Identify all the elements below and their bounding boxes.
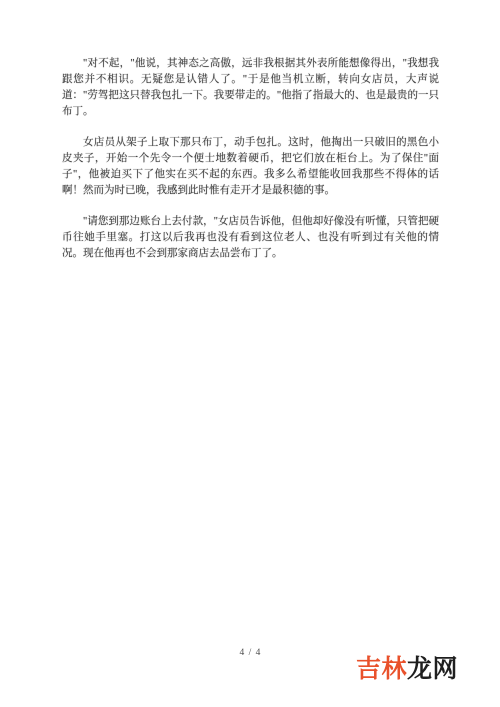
site-watermark: 吉林龙网	[356, 649, 458, 685]
document-page: "对不起，"他说，其神态之高傲，远非我根据其外表所能想像得出，"我想我跟您并不相…	[0, 0, 500, 707]
watermark-text-black: 龙网	[407, 655, 458, 683]
paragraph: "对不起，"他说，其神态之高傲，远非我根据其外表所能想像得出，"我想我跟您并不相…	[62, 56, 439, 120]
paragraph: 女店员从架子上取下那只布丁，动手包扎。这时，他掏出一只破旧的黑色小皮夹子，开始一…	[62, 135, 439, 199]
text-content: "对不起，"他说，其神态之高傲，远非我根据其外表所能想像得出，"我想我跟您并不相…	[62, 56, 439, 277]
watermark-text-red: 吉林	[356, 655, 407, 683]
paragraph: "请您到那边账台上去付款，"女店员告诉他，但他却好像没有听懂，只管把硬币往她手里…	[62, 214, 439, 262]
